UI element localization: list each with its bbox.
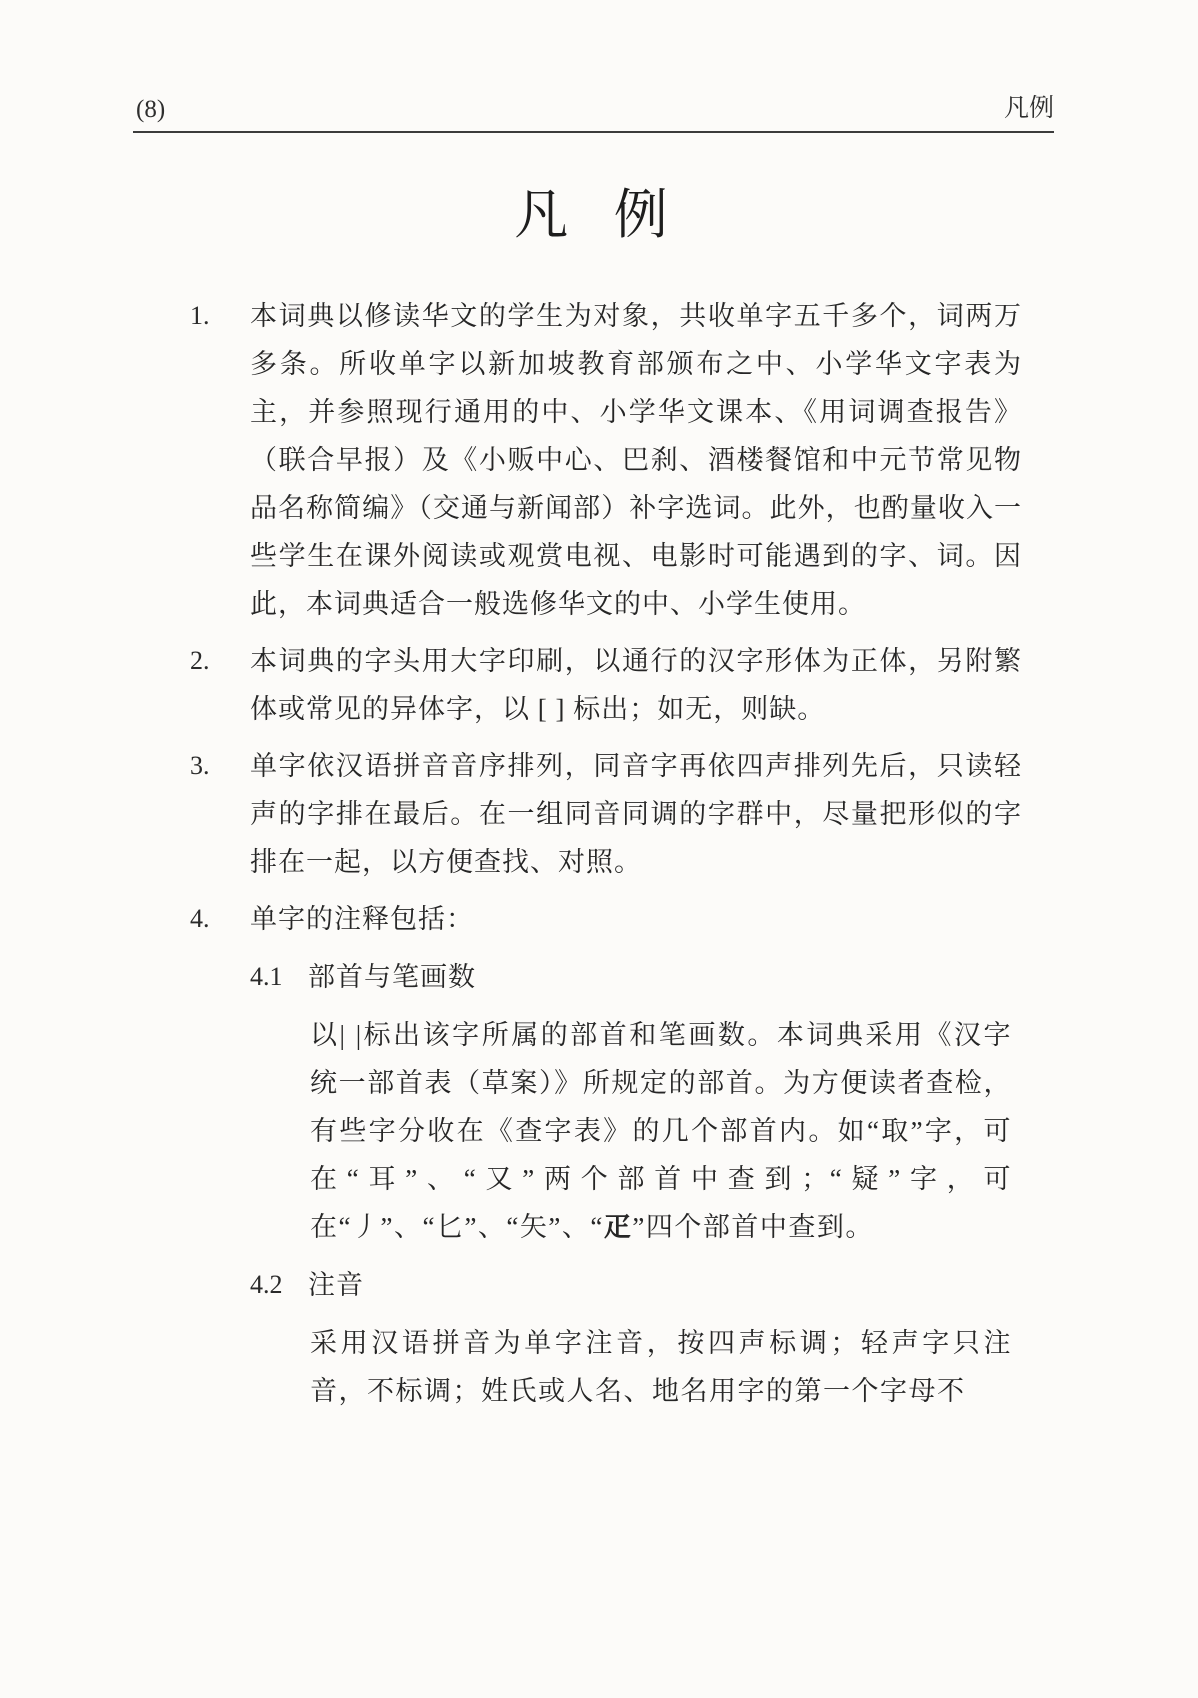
subsection-body-text: ”四个部首中查到。 bbox=[632, 1212, 873, 1242]
page-title: 凡 例 bbox=[0, 172, 1198, 249]
item-text: 本词典的字头用大字印刷，以通行的汉字形体为正体，另附繁体或常见的异体字，以 [ … bbox=[250, 637, 1022, 733]
subsection-number: 4.2 bbox=[250, 1261, 308, 1309]
subsection-body-text: 采用汉语拼音为单字注音，按四声标调；轻声字只注音，不标调；姓氏或人名、地名用字的… bbox=[310, 1328, 1012, 1406]
page-number: (8) bbox=[136, 96, 165, 124]
list-item-3: 3. 单字依汉语拼音音序排列，同音字再依四声排列先后，只读轻声的字排在最后。在一… bbox=[190, 742, 1022, 886]
subsection-heading: 注音 bbox=[308, 1261, 1022, 1309]
item-number: 1. bbox=[190, 292, 250, 628]
subsection-body-text: 以| |标出该字所属的部首和笔画数。本词典采用《汉字统一部首表（草案）》所规定的… bbox=[310, 1020, 1012, 1242]
subsection-4-1-head: 4.1 部首与笔画数 bbox=[250, 953, 1022, 1001]
subsection-4-2-head: 4.2 注音 bbox=[250, 1261, 1022, 1309]
item-number: 4. bbox=[190, 895, 250, 943]
header-rule bbox=[133, 131, 1054, 133]
scanned-page: (8) 凡例 凡 例 1. 本词典以修读华文的学生为对象，共收单字五千多个，词两… bbox=[0, 0, 1198, 1698]
subsection-4-1-body: 以| |标出该字所属的部首和笔画数。本词典采用《汉字统一部首表（草案）》所规定的… bbox=[310, 1011, 1012, 1251]
bold-radical-char: 疋 bbox=[604, 1212, 633, 1242]
subsection-number: 4.1 bbox=[250, 953, 308, 1001]
item-number: 3. bbox=[190, 742, 250, 886]
item-text: 本词典以修读华文的学生为对象，共收单字五千多个，词两万多条。所收单字以新加坡教育… bbox=[250, 292, 1022, 628]
list-item-4: 4. 单字的注释包括： bbox=[190, 895, 1022, 943]
running-head: 凡例 bbox=[1004, 88, 1054, 124]
subsection-heading: 部首与笔画数 bbox=[308, 953, 1022, 1001]
item-text: 单字依汉语拼音音序排列，同音字再依四声排列先后，只读轻声的字排在最后。在一组同音… bbox=[250, 742, 1022, 886]
item-text: 单字的注释包括： bbox=[250, 895, 1022, 943]
page-header: (8) 凡例 bbox=[136, 88, 1054, 124]
subsection-4-2-body: 采用汉语拼音为单字注音，按四声标调；轻声字只注音，不标调；姓氏或人名、地名用字的… bbox=[310, 1319, 1012, 1415]
list-item-2: 2. 本词典的字头用大字印刷，以通行的汉字形体为正体，另附繁体或常见的异体字，以… bbox=[190, 637, 1022, 733]
content-area: 1. 本词典以修读华文的学生为对象，共收单字五千多个，词两万多条。所收单字以新加… bbox=[190, 292, 1022, 1425]
list-item-1: 1. 本词典以修读华文的学生为对象，共收单字五千多个，词两万多条。所收单字以新加… bbox=[190, 292, 1022, 628]
item-number: 2. bbox=[190, 637, 250, 733]
